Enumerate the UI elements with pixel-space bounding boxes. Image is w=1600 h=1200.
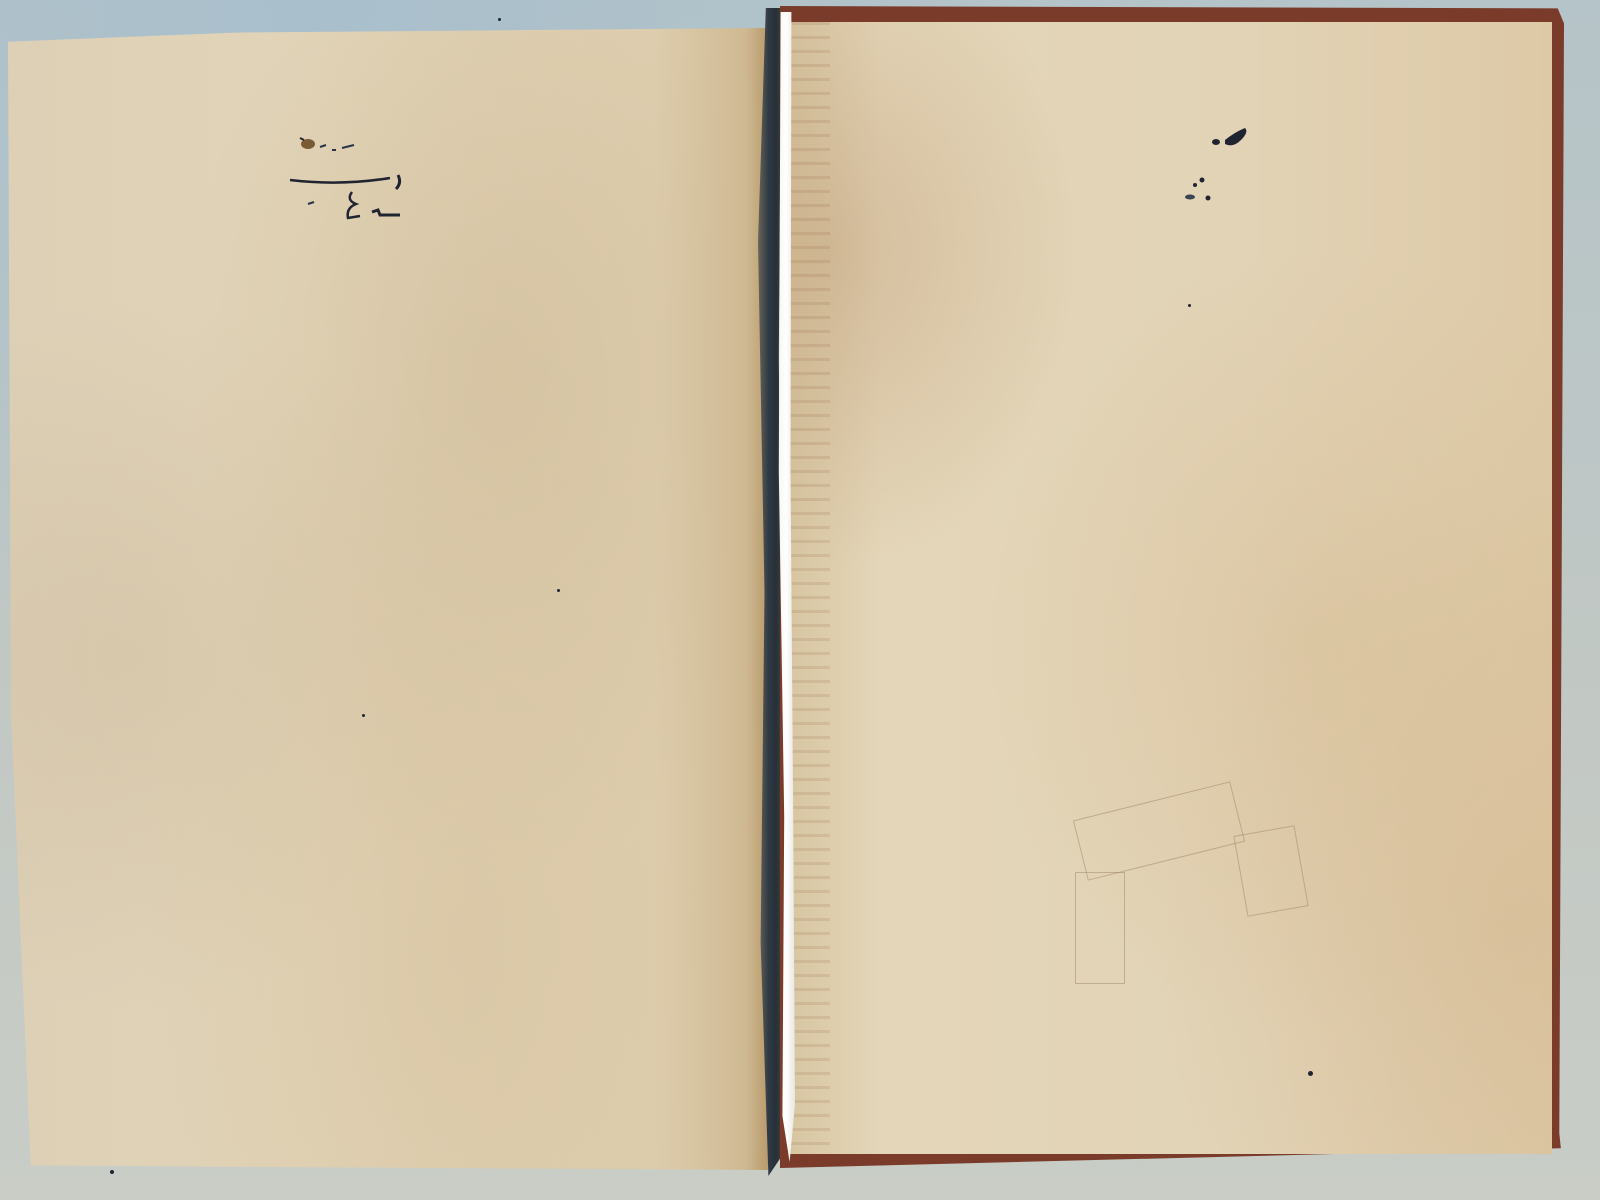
pencil-outline: [1075, 872, 1125, 984]
shelf-mark-ink: Shelf mark (handwritten, illegible): [280, 120, 410, 225]
ink-speck: [110, 1170, 114, 1174]
right-pastedown: Right pastedown: [790, 22, 1552, 1154]
ink-speck: [362, 714, 365, 717]
right-ink-mark: Small handwritten mark (illegible): [1180, 110, 1270, 205]
ink-speck: [1188, 304, 1191, 307]
ink-speck: [498, 18, 501, 21]
ink-speck: [1308, 1071, 1313, 1076]
book-photo: Left free endpaper Right pastedown Shelf…: [0, 0, 1600, 1200]
ink-speck: [557, 589, 560, 592]
foxing-stains: [790, 22, 830, 1154]
